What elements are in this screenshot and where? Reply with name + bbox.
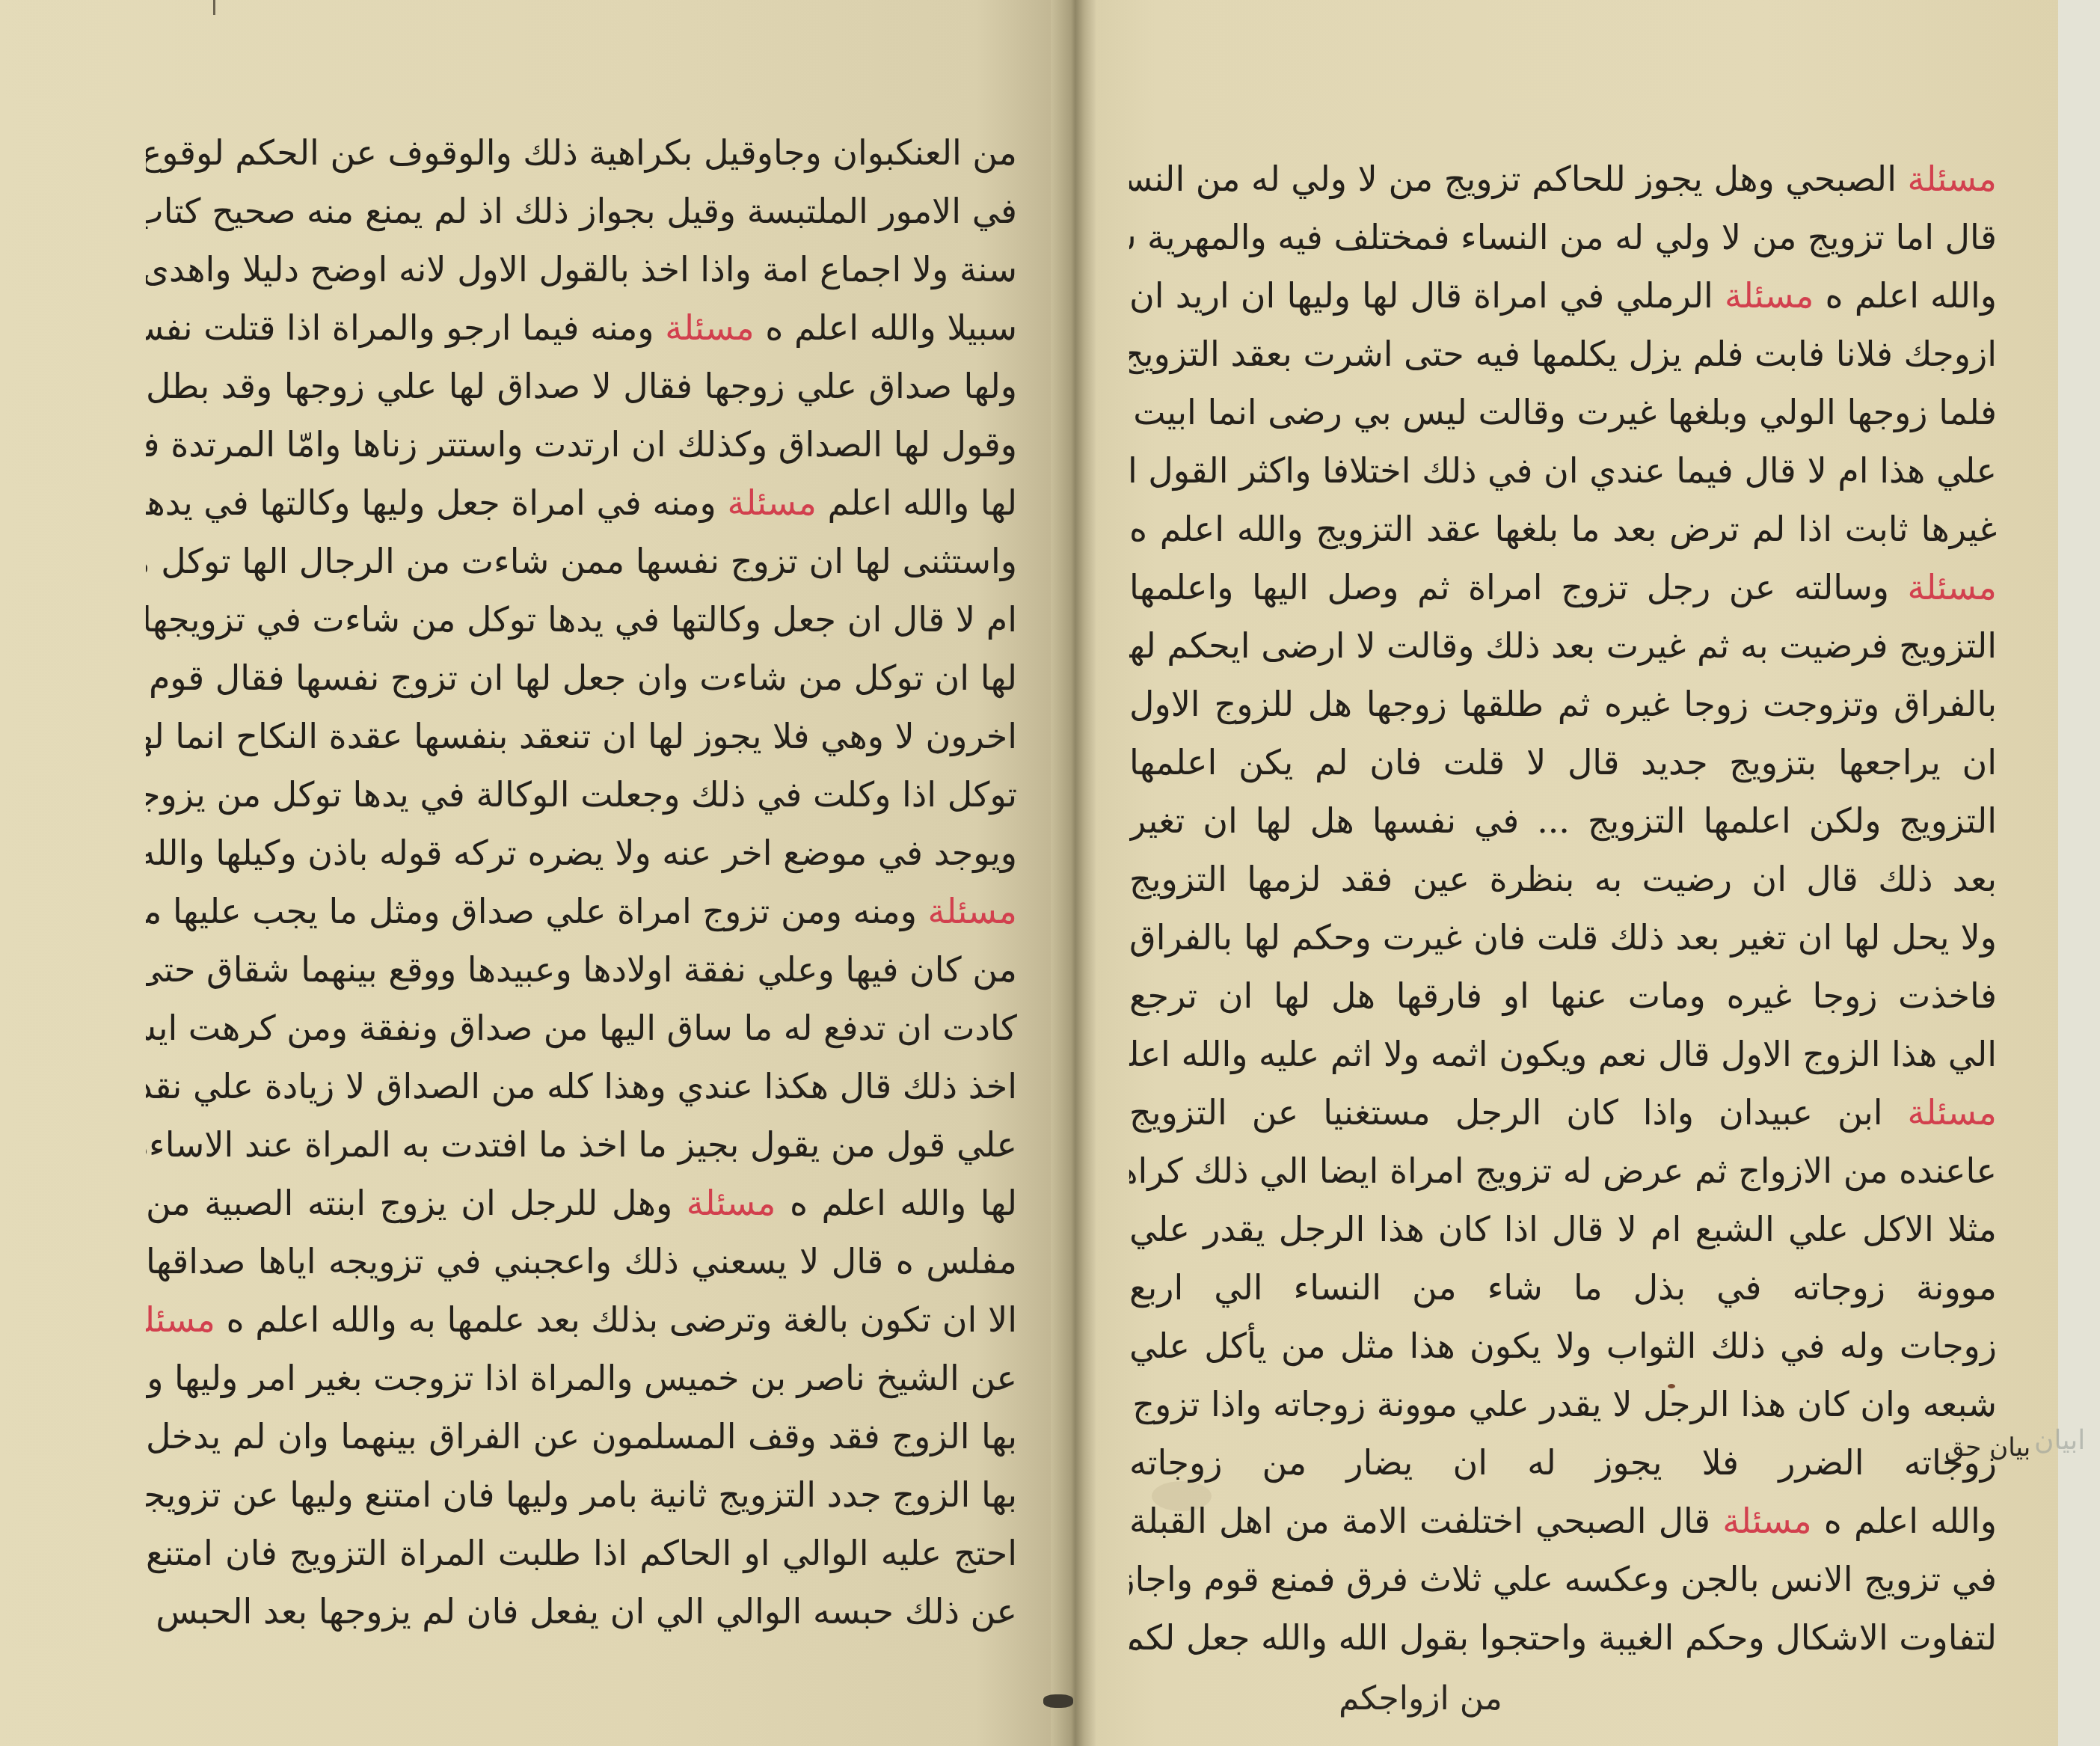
line-text: ومنه ومن تزوج امراة علي صداق ومثل ما يجب… [146,891,917,931]
catchword: من ازواجكم [1339,1679,1502,1718]
line-text: مثلا الاكل علي الشبع ام لا قال اذا كان ه… [1129,1209,1997,1249]
line-text: ازوجك فلانا فابت فلم يزل يكلمها فيه حتى … [1129,334,1997,374]
rubric-heading: مسئلة [146,1299,215,1340]
line-text: علي قول من يقول بجيز ما اخذ ما افتدت به … [146,1124,1017,1165]
line-text: ولا يحل لها ان تغير بعد ذلك قلت فان غيرت… [1129,917,1997,958]
book-gutter [1051,0,1096,1746]
text-line: ولها صداق علي زوجها فقال لا صداق لها علي… [146,357,1017,415]
line-text: غيرها ثابت اذا لم ترض بعد ما بلغها عقد ا… [1129,509,1997,549]
left-page-text: من العنكبوان وجاوقيل بكراهية ذلك والوقوف… [146,123,1017,1641]
text-line: بها الزوج فقد وقف المسلمون عن الفراق بين… [146,1407,1017,1465]
text-line: مسئلة ابن عبيدان واذا كان الرجل مستغنيا … [1129,1083,1997,1142]
margin-note: بيان حق [1944,1433,2030,1462]
text-line: غيرها ثابت اذا لم ترض بعد ما بلغها عقد ا… [1129,500,1997,558]
line-text: ان يراجعها بتزويج جديد قال لا قلت فان لم… [1129,742,1997,782]
text-line: عن الشيخ ناصر بن خميس والمراة اذا تزوجت … [146,1349,1017,1407]
line-text: بعد ذلك قال ان رضيت به بنظرة عين فقد لزم… [1129,859,1997,899]
line-text: التزويج ولكن اعلمها التزويج ... في نفسها… [1129,800,1997,841]
text-line: احتج عليه الوالي او الحاكم اذا طلبت المر… [146,1524,1017,1582]
line-text: ومنه فيما ارجو والمراة اذا قتلت نفسها [146,307,654,348]
line-text: ومنه في امراة جعل وليها وكالتها في يدها [146,483,716,523]
text-line: في الامور الملتبسة وقيل بجواز ذلك اذ لم … [146,182,1017,240]
line-text: من كان فيها وعلي نفقة اولادها وعبيدها وو… [146,949,1017,990]
text-line: بعد ذلك قال ان رضيت به بنظرة عين فقد لزم… [1129,850,1997,908]
line-text: ولها صداق علي زوجها فقال لا صداق لها علي… [146,366,1017,406]
line-text: عن الشيخ ناصر بن خميس والمراة اذا تزوجت … [146,1358,1017,1398]
text-line: سبيلا والله اعلم ه مسئلة ومنه فيما ارجو … [146,298,1017,357]
rubric-heading: مسئلة [1722,1501,1811,1541]
line-text: قال الصبحي اختلفت الامة من اهل القبلة [1129,1501,1710,1541]
rubric-heading: مسئلة [1908,567,1997,607]
line-text: مفلس ه قال لا يسعني ذلك واعجبني في تزويج… [146,1241,1017,1281]
line-text: زوجات وله في ذلك الثواب ولا يكون هذا مثل… [1129,1326,1997,1366]
line-text: فاخذت زوجا غيره ومات عنها او فارقها هل ل… [1129,975,1997,1016]
text-line: مسئلة الصبحي وهل يجوز للحاكم تزويج من لا… [1129,150,1997,208]
line-text: عاعنده من الازواج ثم عرض له تزويج امراة … [1129,1151,1997,1191]
line-text: موونة زوجاته في بذل ما شاء من النساء الي… [1129,1267,1997,1308]
line-text: ويوجد في موضع اخر عنه ولا يضره تركه قوله… [146,833,1017,873]
line-text: زوجاته الضرر فلا يجوز له ان يضار من زوجا… [1129,1442,1997,1483]
line-text: لها والله اعلم ه [790,1183,1017,1223]
text-line: مسئلة وسالته عن رجل تزوج امراة ثم وصل ال… [1129,558,1997,616]
line-text: التزويج فرضيت به ثم غيرت بعد ذلك وقالت ل… [1129,625,1997,666]
line-text: واستثنى لها ان تزوج نفسها ممن شاءت من ال… [146,541,1017,581]
line-text: بها الزوج جدد التزويج ثانية بامر وليها ف… [146,1474,1017,1515]
line-text: اخذ ذلك قال هكذا عندي وهذا كله من الصداق… [146,1066,1017,1106]
text-line: مفلس ه قال لا يسعني ذلك واعجبني في تزويج… [146,1232,1017,1290]
text-line: لها والله اعلم ه مسئلة وهل للرجل ان يزوج… [146,1174,1017,1232]
text-line: التزويج ولكن اعلمها التزويج ... في نفسها… [1129,791,1997,850]
text-line: لتفاوت الاشكال وحكم الغيبة واحتجوا بقول … [1129,1608,1997,1667]
line-text: والله اعلم ه [1826,275,1997,316]
line-text: وقول لها الصداق وكذلك ان ارتدت واستتر زن… [146,424,1017,465]
line-text: لها والله اعلم [828,483,1017,523]
text-line: اخرون لا وهي فلا يجوز لها ان تنعقد بنفسه… [146,707,1017,765]
line-text: في تزويج الانس بالجن وعكسه علي ثلاث فرق … [1129,1559,1997,1599]
text-line: شبعه وان كان هذا الرجل لا يقدر علي موونة… [1129,1375,1997,1433]
text-line: توكل اذا وكلت في ذلك وجعلت الوكالة في يد… [146,765,1017,824]
adjacent-leaf-edge [2058,0,2100,1746]
text-line: وقول لها الصداق وكذلك ان ارتدت واستتر زن… [146,415,1017,474]
text-line: زوجات وله في ذلك الثواب ولا يكون هذا مثل… [1129,1317,1997,1375]
line-text: وهل للرجل ان يزوج ابنته الصبية من [146,1183,672,1223]
text-line: كادت ان تدفع له ما ساق اليها من صداق ونف… [146,999,1017,1057]
text-line: الا ان تكون بالغة وترضى بذلك بعد علمها ب… [146,1290,1017,1349]
text-line: ان يراجعها بتزويج جديد قال لا قلت فان لم… [1129,733,1997,791]
line-text: عن ذلك حبسه الوالي الي ان يفعل فان لم يز… [146,1591,1017,1632]
line-text: قال اما تزويج من لا ولي له من النساء فمخ… [1129,217,1997,257]
text-line: اخذ ذلك قال هكذا عندي وهذا كله من الصداق… [146,1057,1017,1115]
text-line: قال اما تزويج من لا ولي له من النساء فمخ… [1129,208,1997,266]
text-line: والله اعلم ه مسئلة الرملي في امراة قال ل… [1129,266,1997,325]
line-text: من العنكبوان وجاوقيل بكراهية ذلك والوقوف… [146,132,1017,173]
text-line: ازوجك فلانا فابت فلم يزل يكلمها فيه حتى … [1129,325,1997,383]
text-line: لها والله اعلم مسئلة ومنه في امراة جعل و… [146,474,1017,532]
text-line: فلما زوجها الولي وبلغها غيرت وقالت ليس ب… [1129,383,1997,441]
line-text: في الامور الملتبسة وقيل بجواز ذلك اذ لم … [146,191,1017,231]
line-text: احتج عليه الوالي او الحاكم اذا طلبت المر… [146,1533,1017,1573]
line-text: الصبحي وهل يجوز للحاكم تزويج من لا ولي ل… [1129,159,1897,199]
line-text: الا ان تكون بالغة وترضى بذلك بعد علمها ب… [226,1299,1017,1340]
line-text: بالفراق وتزوجت زوجا غيره ثم طلقها زوجها … [1129,684,1997,724]
text-line: من كان فيها وعلي نفقة اولادها وعبيدها وو… [146,940,1017,999]
text-line: عن ذلك حبسه الوالي الي ان يفعل فان لم يز… [146,1582,1017,1641]
text-line: ويوجد في موضع اخر عنه ولا يضره تركه قوله… [146,824,1017,882]
text-line: سنة ولا اجماع امة واذا اخذ بالقول الاول … [146,240,1017,298]
line-text: سبيلا والله اعلم ه [765,307,1017,348]
text-line: الي هذا الزوج الاول قال نعم ويكون اثمه و… [1129,1025,1997,1083]
rubric-heading: مسئلة [727,483,816,523]
text-line: لها ان توكل من شاءت وان جعل لها ان تزوج … [146,649,1017,707]
line-text: توكل اذا وكلت في ذلك وجعلت الوكالة في يد… [146,774,1017,815]
text-line: ولا يحل لها ان تغير بعد ذلك قلت فان غيرت… [1129,908,1997,967]
line-text: بها الزوج فقد وقف المسلمون عن الفراق بين… [146,1416,1017,1456]
line-text: علي هذا ام لا قال فيما عندي ان في ذلك اخ… [1129,450,1997,491]
text-line: واستثنى لها ان تزوج نفسها ممن شاءت من ال… [146,532,1017,590]
text-line: في تزويج الانس بالجن وعكسه علي ثلاث فرق … [1129,1550,1997,1608]
text-line: عاعنده من الازواج ثم عرض له تزويج امراة … [1129,1142,1997,1200]
gutter-ink-blot [1043,1694,1073,1708]
text-line: علي هذا ام لا قال فيما عندي ان في ذلك اخ… [1129,441,1997,500]
line-text: سنة ولا اجماع امة واذا اخذ بالقول الاول … [146,249,1017,290]
line-text: ابن عبيدان واذا كان الرجل مستغنيا عن الت… [1129,1092,1883,1133]
text-line: من العنكبوان وجاوقيل بكراهية ذلك والوقوف… [146,123,1017,182]
line-text: كادت ان تدفع له ما ساق اليها من صداق ونف… [146,1008,1017,1048]
text-line: التزويج فرضيت به ثم غيرت بعد ذلك وقالت ل… [1129,616,1997,675]
line-text: وسالته عن رجل تزوج امراة ثم وصل اليها وا… [1129,567,1889,607]
line-text: والله اعلم ه [1824,1501,1997,1541]
right-page-text: مسئلة الصبحي وهل يجوز للحاكم تزويج من لا… [1129,150,1997,1667]
line-text: ام لا قال ان جعل وكالتها في يدها توكل من… [146,599,1017,640]
line-text: فلما زوجها الولي وبلغها غيرت وقالت ليس ب… [1129,392,1997,432]
rubric-heading: مسئلة [1908,1092,1997,1133]
rubric-heading: مسئلة [1725,275,1814,316]
rubric-heading: مسئلة [1908,159,1997,199]
text-line: موونة زوجاته في بذل ما شاء من النساء الي… [1129,1258,1997,1317]
line-text: الي هذا الزوج الاول قال نعم ويكون اثمه و… [1129,1034,1997,1074]
text-line: زوجاته الضرر فلا يجوز له ان يضار من زوجا… [1129,1433,1997,1492]
rubric-heading: مسئلة [665,307,754,348]
bleed-through-note: ابيان [2034,1425,2085,1456]
top-tick-mark [213,0,215,15]
text-line: بها الزوج جدد التزويج ثانية بامر وليها ف… [146,1465,1017,1524]
line-text: لتفاوت الاشكال وحكم الغيبة واحتجوا بقول … [1129,1617,1997,1658]
text-line: بالفراق وتزوجت زوجا غيره ثم طلقها زوجها … [1129,675,1997,733]
rubric-heading: مسئلة [687,1183,776,1223]
text-line: ام لا قال ان جعل وكالتها في يدها توكل من… [146,590,1017,649]
text-line: مثلا الاكل علي الشبع ام لا قال اذا كان ه… [1129,1200,1997,1258]
rubric-heading: مسئلة [928,891,1017,931]
text-line: علي قول من يقول بجيز ما اخذ ما افتدت به … [146,1115,1017,1174]
manuscript-spread: من العنكبوان وجاوقيل بكراهية ذلك والوقوف… [0,0,2100,1746]
text-line: فاخذت زوجا غيره ومات عنها او فارقها هل ل… [1129,967,1997,1025]
text-line: مسئلة ومنه ومن تزوج امراة علي صداق ومثل … [146,882,1017,940]
line-text: الرملي في امراة قال لها وليها ان اريد ان [1129,275,1713,316]
line-text: اخرون لا وهي فلا يجوز لها ان تنعقد بنفسه… [146,716,1017,756]
line-text: لها ان توكل من شاءت وان جعل لها ان تزوج … [146,658,1017,698]
text-line: والله اعلم ه مسئلة قال الصبحي اختلفت الا… [1129,1492,1997,1550]
line-text: شبعه وان كان هذا الرجل لا يقدر علي موونة… [1129,1384,1997,1424]
